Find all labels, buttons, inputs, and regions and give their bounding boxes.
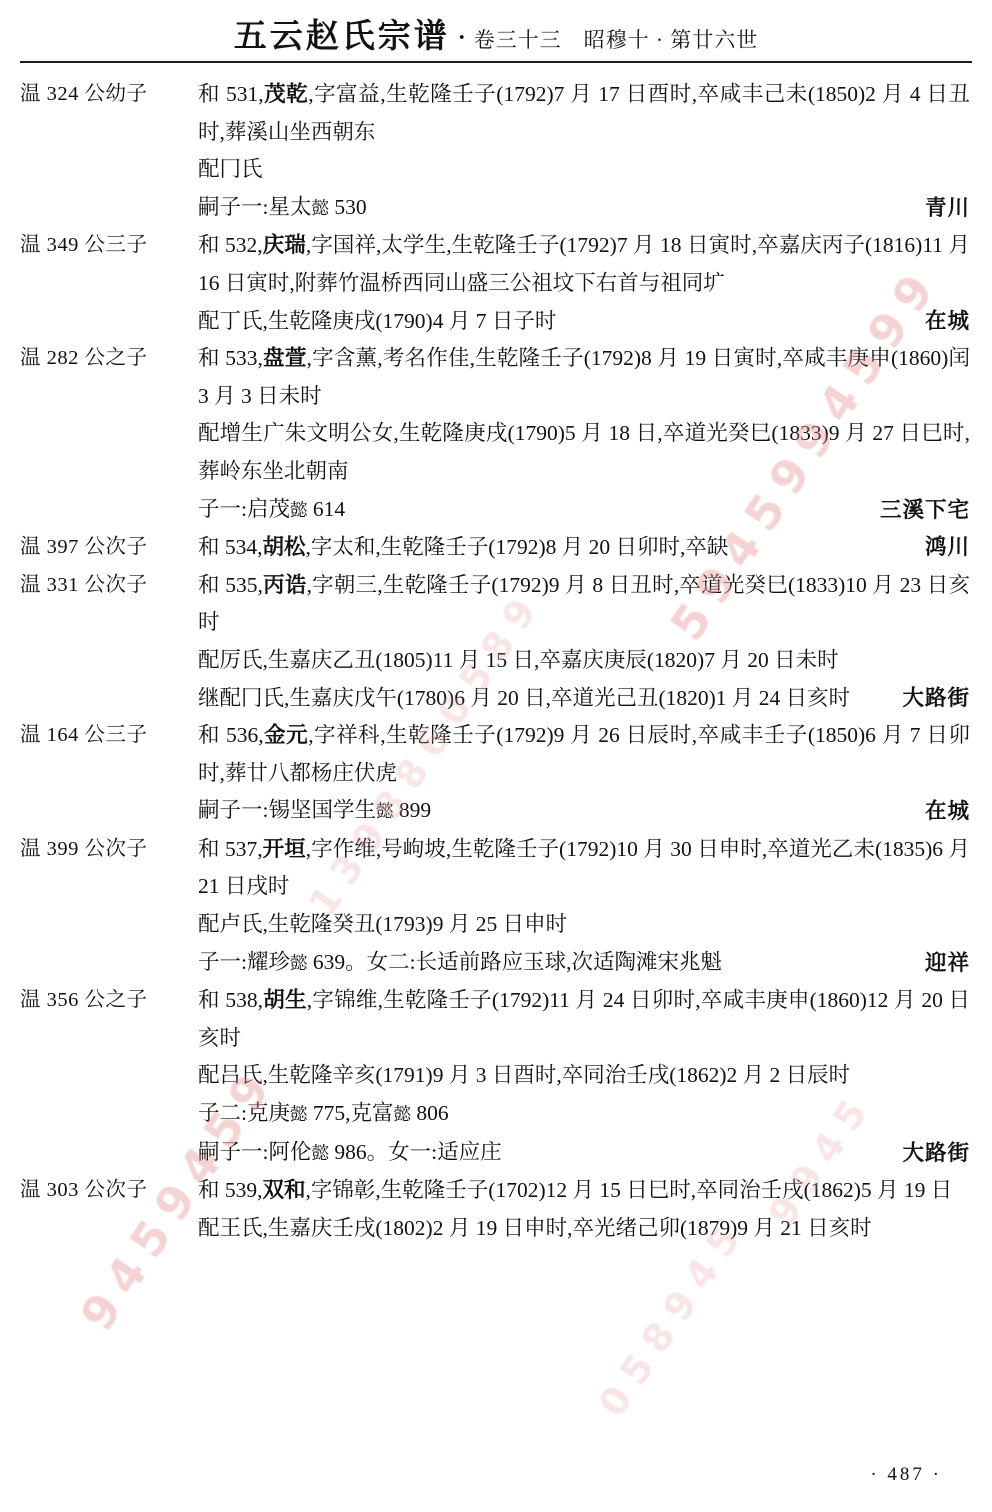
entry-text: 986。女一:适应庄 xyxy=(329,1140,502,1164)
entry-body: 和 537,开垣,字作维,号岣坡,生乾隆壬子(1792)10 月 30 日申时,… xyxy=(198,831,970,982)
entry-text: 和 532, xyxy=(198,233,263,257)
entry-text: ,字国祥,太学生,生乾隆壬子(1792)7 月 18 日寅时,卒嘉庆丙子(181… xyxy=(198,233,970,295)
entries: 温 324 公幼子和 531,茂乾,字富益,生乾隆壬子(1792)7 月 17 … xyxy=(20,76,970,1247)
entry-text: 配王氏,生嘉庆壬戌(1802)2 月 19 日申时,卒光绪己卯(1879)9 月… xyxy=(198,1216,872,1240)
entry-father-label: 温 331 公次子 xyxy=(20,567,198,717)
entry-text: 嗣子一:星太 xyxy=(198,195,311,219)
entry-paragraph: 和 532,庆瑞,字国祥,太学生,生乾隆壬子(1792)7 月 18 日寅时,卒… xyxy=(198,227,970,302)
entry-text: 和 539, xyxy=(198,1178,263,1202)
entry-paragraph: 配王氏,生嘉庆壬戌(1802)2 月 19 日申时,卒光绪己卯(1879)9 月… xyxy=(198,1210,970,1248)
entry-body: 和 539,双和,字锦彰,生乾隆壬子(1702)12 月 15 日巳时,卒同治壬… xyxy=(198,1172,970,1247)
page-header: 五云赵氏宗谱·卷三十三 昭穆十 · 第廿六世 xyxy=(0,10,992,57)
entry-text: 配卢氏,生乾隆癸丑(1793)9 月 25 日申时 xyxy=(198,912,567,936)
entry-paragraph: 和 536,金元,字祥科,生乾隆壬子(1792)9 月 26 日辰时,卒咸丰壬子… xyxy=(198,717,970,792)
entry-text: ,字含薰,考名作佳,生乾隆壬子(1792)8 月 19 日寅时,卒咸丰庚申(18… xyxy=(198,346,970,408)
entry-body: 和 535,丙诰,字朝三,生乾隆壬子(1792)9 月 8 日丑时,卒道光癸巳(… xyxy=(198,567,970,717)
person-name: 开垣 xyxy=(263,837,306,861)
entry-paragraph: 子二:克庚懿 775,克富懿 806 xyxy=(198,1095,970,1134)
entry-row: 温 164 公三子和 536,金元,字祥科,生乾隆壬子(1792)9 月 26 … xyxy=(20,717,970,831)
entry-text: 配增生广朱文明公女,生乾隆庚戌(1790)5 月 18 日,卒道光癸巳(1833… xyxy=(198,421,970,483)
entry-paragraph: 配卢氏,生乾隆癸丑(1793)9 月 25 日申时 xyxy=(198,906,970,944)
entry-paragraph: 子一:耀珍懿 639。女二:长适前路应玉球,次适陶滩宋兆魁迎祥 xyxy=(198,944,970,983)
entry-paragraph: 和 534,胡松,字太和,生乾隆壬子(1792)8 月 20 日卯时,卒缺鸿川 xyxy=(198,529,970,567)
entry-father-label: 温 356 公之子 xyxy=(20,982,198,1172)
entry-father-label: 温 303 公次子 xyxy=(20,1172,198,1247)
entry-text: ,字锦彰,生乾隆壬子(1702)12 月 15 日巳时,卒同治壬戌(1862)5… xyxy=(306,1178,953,1202)
residence-place: 三溪下宅 xyxy=(880,492,970,530)
person-name: 丙诰 xyxy=(263,573,307,597)
entry-row: 温 399 公次子和 537,开垣,字作维,号岣坡,生乾隆壬子(1792)10 … xyxy=(20,831,970,982)
entry-text: ,字太和,生乾隆壬子(1792)8 月 20 日卯时,卒缺 xyxy=(306,535,729,559)
residence-place: 大路街 xyxy=(902,680,970,718)
entry-text: 899 xyxy=(393,798,431,822)
entry-text: ,字祥科,生乾隆壬子(1792)9 月 26 日辰时,卒咸丰壬子(1850)6 … xyxy=(198,723,970,785)
entry-text: 子一:耀珍 xyxy=(198,950,290,974)
entry-body: 和 531,茂乾,字富益,生乾隆壬子(1792)7 月 17 日酉时,卒咸丰己未… xyxy=(198,76,970,227)
entry-text: 806 xyxy=(411,1101,449,1125)
entry-paragraph: 嗣子一:锡坚国学生懿 899在城 xyxy=(198,792,970,831)
entry-paragraph: 配增生广朱文明公女,生乾隆庚戌(1790)5 月 18 日,卒道光癸巳(1833… xyxy=(198,415,970,490)
entry-text: 配吕氏,生乾隆辛亥(1791)9 月 3 日酉时,卒同治壬戌(1862)2 月 … xyxy=(198,1063,850,1087)
entry-paragraph: 配冂氏 xyxy=(198,151,970,189)
entry-text: 和 537, xyxy=(198,837,263,861)
entry-body: 和 533,盘萱,字含薰,考名作佳,生乾隆壬子(1792)8 月 19 日寅时,… xyxy=(198,340,970,529)
entry-paragraph: 和 531,茂乾,字富益,生乾隆壬子(1792)7 月 17 日酉时,卒咸丰己未… xyxy=(198,76,970,151)
person-name: 金元 xyxy=(264,723,309,747)
book-title: 五云赵氏宗谱 xyxy=(234,19,450,55)
entry-body: 和 534,胡松,字太和,生乾隆壬子(1792)8 月 20 日卯时,卒缺鸿川 xyxy=(198,529,970,567)
entry-text: 嗣子一:阿伦 xyxy=(198,1140,311,1164)
entry-text: 懿 xyxy=(311,1143,329,1163)
entry-text: 配厉氏,生嘉庆乙丑(1805)11 月 15 日,卒嘉庆庚辰(1820)7 月 … xyxy=(198,648,839,672)
entry-text: 和 534, xyxy=(198,535,263,559)
entry-paragraph: 继配冂氏,生嘉庆戊午(1780)6 月 20 日,卒道光己丑(1820)1 月 … xyxy=(198,680,970,718)
entry-text: 和 535, xyxy=(198,573,263,597)
entry-text: 子一:启茂 xyxy=(198,497,290,521)
entry-text: 懿 xyxy=(394,1104,412,1124)
entry-body: 和 532,庆瑞,字国祥,太学生,生乾隆壬子(1792)7 月 18 日寅时,卒… xyxy=(198,227,970,340)
entry-row: 温 397 公次子和 534,胡松,字太和,生乾隆壬子(1792)8 月 20 … xyxy=(20,529,970,567)
person-name: 庆瑞 xyxy=(263,233,306,257)
entry-paragraph: 配吕氏,生乾隆辛亥(1791)9 月 3 日酉时,卒同治壬戌(1862)2 月 … xyxy=(198,1057,970,1095)
entry-row: 温 324 公幼子和 531,茂乾,字富益,生乾隆壬子(1792)7 月 17 … xyxy=(20,76,970,227)
entry-father-label: 温 397 公次子 xyxy=(20,529,198,567)
entry-text: 懿 xyxy=(376,801,394,821)
entry-text: 嗣子一:锡坚国学生 xyxy=(198,798,376,822)
person-name: 双和 xyxy=(263,1178,306,1202)
entry-paragraph: 和 539,双和,字锦彰,生乾隆壬子(1702)12 月 15 日巳时,卒同治壬… xyxy=(198,1172,970,1210)
person-name: 胡生 xyxy=(263,988,307,1012)
entry-paragraph: 嗣子一:阿伦懿 986。女一:适应庄大路街 xyxy=(198,1134,970,1173)
entry-text: 懿 xyxy=(290,1104,308,1124)
entry-text: 和 533, xyxy=(198,346,263,370)
entry-father-label: 温 164 公三子 xyxy=(20,717,198,831)
entry-text: 和 538, xyxy=(198,988,263,1012)
entry-text: 配丁氏,生乾隆庚戌(1790)4 月 7 日子时 xyxy=(198,309,556,333)
entry-paragraph: 嗣子一:星太懿 530青川 xyxy=(198,189,970,228)
residence-place: 在城 xyxy=(925,793,970,831)
entry-paragraph: 配丁氏,生乾隆庚戌(1790)4 月 7 日子时在城 xyxy=(198,303,970,341)
entry-text: ,字富益,生乾隆壬子(1792)7 月 17 日酉时,卒咸丰己未(1850)2 … xyxy=(198,82,970,144)
entry-text: 继配冂氏,生嘉庆戊午(1780)6 月 20 日,卒道光己丑(1820)1 月 … xyxy=(198,686,850,710)
header-rule xyxy=(20,61,972,63)
entry-paragraph: 子一:启茂懿 614三溪下宅 xyxy=(198,491,970,530)
entry-text: 懿 xyxy=(290,500,308,520)
entry-paragraph: 配厉氏,生嘉庆乙丑(1805)11 月 15 日,卒嘉庆庚辰(1820)7 月 … xyxy=(198,642,970,680)
entry-text: 懿 xyxy=(311,198,329,218)
residence-place: 鸿川 xyxy=(925,529,970,567)
entry-row: 温 303 公次子和 539,双和,字锦彰,生乾隆壬子(1702)12 月 15… xyxy=(20,1172,970,1247)
entry-paragraph: 和 533,盘萱,字含薰,考名作佳,生乾隆壬子(1792)8 月 19 日寅时,… xyxy=(198,340,970,415)
entry-row: 温 331 公次子和 535,丙诰,字朝三,生乾隆壬子(1792)9 月 8 日… xyxy=(20,567,970,717)
entry-text: 775,克富 xyxy=(307,1101,393,1125)
person-name: 茂乾 xyxy=(264,82,309,106)
page-number: · 487 · xyxy=(870,1464,942,1486)
entry-text: 614 xyxy=(307,497,345,521)
title-separator-dot: · xyxy=(458,25,466,51)
entry-father-label: 温 324 公幼子 xyxy=(20,76,198,227)
residence-place: 在城 xyxy=(925,303,970,341)
entry-row: 温 356 公之子和 538,胡生,字锦维,生乾隆壬子(1792)11 月 24… xyxy=(20,982,970,1172)
entry-row: 温 349 公三子和 532,庆瑞,字国祥,太学生,生乾隆壬子(1792)7 月… xyxy=(20,227,970,340)
residence-place: 大路街 xyxy=(902,1135,970,1173)
entry-text: 配冂氏 xyxy=(198,157,263,181)
entry-text: 和 536, xyxy=(198,723,264,747)
entry-paragraph: 和 537,开垣,字作维,号岣坡,生乾隆壬子(1792)10 月 30 日申时,… xyxy=(198,831,970,906)
entry-father-label: 温 282 公之子 xyxy=(20,340,198,529)
entry-body: 和 538,胡生,字锦维,生乾隆壬子(1792)11 月 24 日卯时,卒咸丰庚… xyxy=(198,982,970,1172)
person-name: 盘萱 xyxy=(263,346,307,370)
person-name: 胡松 xyxy=(263,535,306,559)
entry-text: ,字朝三,生乾隆壬子(1792)9 月 8 日丑时,卒道光癸巳(1833)10 … xyxy=(198,573,970,635)
entry-row: 温 282 公之子和 533,盘萱,字含薰,考名作佳,生乾隆壬子(1792)8 … xyxy=(20,340,970,529)
entry-body: 和 536,金元,字祥科,生乾隆壬子(1792)9 月 26 日辰时,卒咸丰壬子… xyxy=(198,717,970,831)
entry-text: 530 xyxy=(329,195,367,219)
residence-place: 青川 xyxy=(925,190,970,228)
entry-text: 639。女二:长适前路应玉球,次适陶滩宋兆魁 xyxy=(307,950,721,974)
genealogy-page: 5945994599 1398860589 9459459 058945 994… xyxy=(0,0,992,1512)
entry-paragraph: 和 535,丙诰,字朝三,生乾隆壬子(1792)9 月 8 日丑时,卒道光癸巳(… xyxy=(198,567,970,642)
entry-text: 子二:克庚 xyxy=(198,1101,290,1125)
entry-father-label: 温 349 公三子 xyxy=(20,227,198,340)
entry-paragraph: 和 538,胡生,字锦维,生乾隆壬子(1792)11 月 24 日卯时,卒咸丰庚… xyxy=(198,982,970,1057)
entry-text: ,字作维,号岣坡,生乾隆壬子(1792)10 月 30 日申时,卒道光乙未(18… xyxy=(198,837,970,899)
volume-subtitle: 卷三十三 昭穆十 · 第廿六世 xyxy=(474,28,759,52)
entry-text: 懿 xyxy=(290,953,308,973)
entry-text: 和 531, xyxy=(198,82,264,106)
entry-text: ,字锦维,生乾隆壬子(1792)11 月 24 日卯时,卒咸丰庚申(1860)1… xyxy=(198,988,970,1050)
residence-place: 迎祥 xyxy=(925,945,970,983)
entry-father-label: 温 399 公次子 xyxy=(20,831,198,982)
